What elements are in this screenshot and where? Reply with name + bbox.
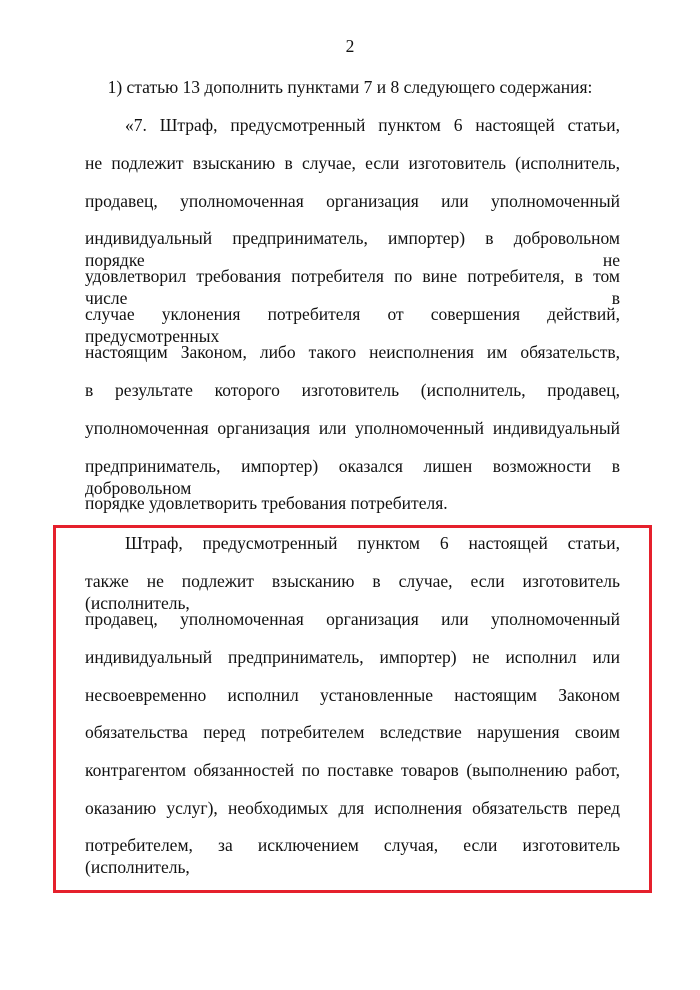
paragraph-line: порядке удовлетворить требования потреби…: [85, 492, 620, 514]
paragraph-line: оказанию услуг), необходимых для исполне…: [85, 797, 620, 819]
paragraph-line: продавец, уполномоченная организация или…: [85, 608, 620, 630]
paragraph-line: в результате которого изготовитель (испо…: [85, 379, 620, 401]
paragraph-line: потребителем, за исключением случая, есл…: [85, 834, 620, 878]
paragraph-line: индивидуальный предприниматель, импортер…: [85, 646, 620, 668]
page-number: 2: [0, 36, 700, 57]
paragraph-line: продавец, уполномоченная организация или…: [85, 190, 620, 212]
paragraph-line: обязательства перед потребителем вследст…: [85, 721, 620, 743]
intro-line: 1) статью 13 дополнить пунктами 7 и 8 сл…: [0, 76, 700, 98]
paragraph-line: несвоевременно исполнил установленные на…: [85, 684, 620, 706]
paragraph-line: контрагентом обязанностей по поставке то…: [85, 759, 620, 781]
paragraph-line: настоящим Законом, либо такого неисполне…: [85, 341, 620, 363]
paragraph-line: «7. Штраф, предусмотренный пунктом 6 нас…: [125, 114, 620, 136]
paragraph-line: не подлежит взысканию в случае, если изг…: [85, 152, 620, 174]
paragraph-line: Штраф, предусмотренный пунктом 6 настоящ…: [125, 532, 620, 554]
paragraph-line: уполномоченная организация или уполномоч…: [85, 417, 620, 439]
